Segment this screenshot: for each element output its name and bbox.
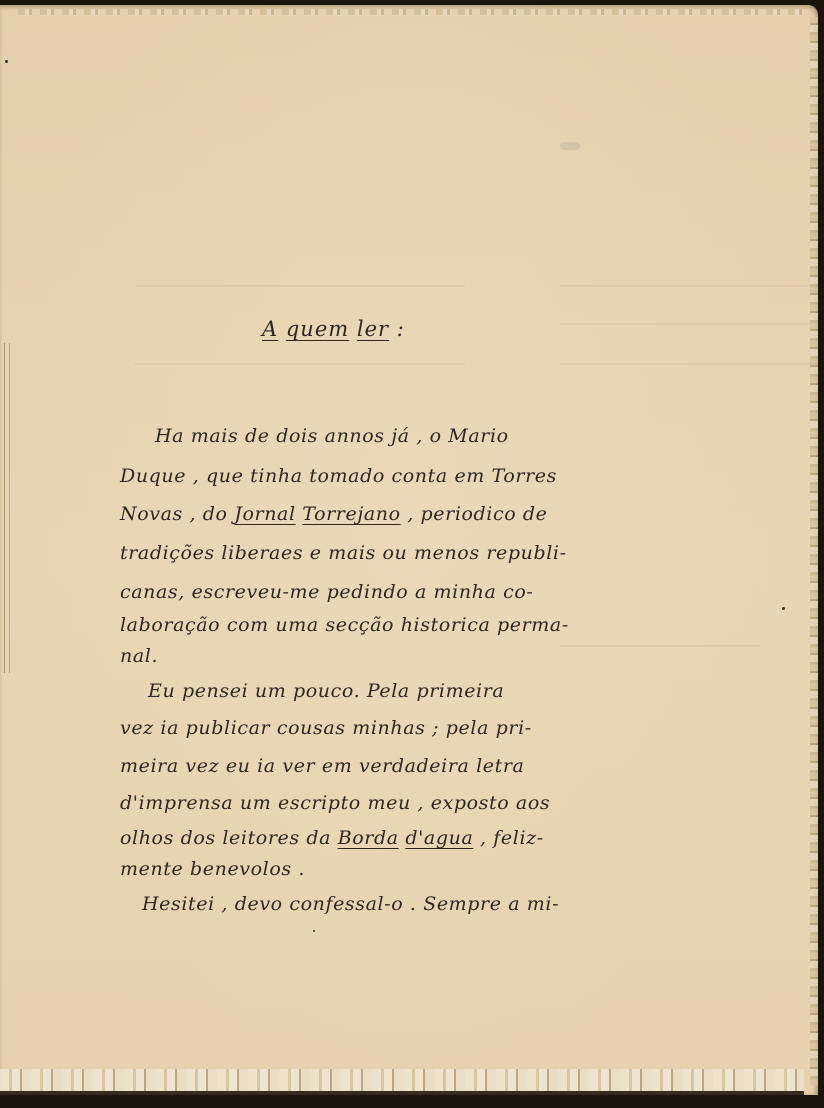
line-text: mente benevolos .: [120, 858, 305, 880]
line-text: , feliz-: [473, 827, 543, 849]
text-line: mente benevolos .: [120, 858, 305, 880]
heading-word: quem: [286, 317, 349, 341]
line-text: Eu pensei um pouco. Pela primeira: [148, 680, 504, 702]
newspaper-title-underlined: d'agua: [405, 827, 473, 849]
line-text: tradições liberaes e mais ou menos repub…: [120, 542, 567, 564]
line-text: Ha mais de dois annos já , o Mario: [155, 425, 509, 447]
manuscript-page: A quem ler : Ha mais de dois annos já , …: [0, 5, 818, 1095]
scanned-page-viewer: A quem ler : Ha mais de dois annos já , …: [0, 0, 824, 1108]
manuscript-text: A quem ler : Ha mais de dois annos já , …: [0, 5, 818, 1095]
line-text: nal.: [120, 645, 158, 667]
heading-word: A: [262, 317, 278, 341]
text-line: Duque , que tinha tomado conta em Torres: [120, 465, 557, 487]
text-line: laboração com uma secção historica perma…: [120, 614, 569, 636]
line-text: Novas , do: [120, 503, 234, 525]
text-line: Hesitei , devo confessal-o . Sempre a mi…: [142, 893, 559, 915]
text-line: Novas , do Jornal Torrejano , periodico …: [120, 503, 548, 525]
newspaper-title-underlined: Jornal: [234, 503, 295, 525]
heading-colon: :: [397, 317, 405, 341]
text-line: Ha mais de dois annos já , o Mario: [155, 425, 509, 447]
line-text: olhos dos leitores da: [120, 827, 338, 849]
line-text: laboração com uma secção historica perma…: [120, 614, 569, 636]
line-text: Hesitei , devo confessal-o . Sempre a mi…: [142, 893, 559, 915]
text-line: canas, escreveu-me pedindo a minha co-: [120, 581, 533, 603]
newspaper-title-underlined: Borda: [338, 827, 399, 849]
text-line: d'imprensa um escripto meu , exposto aos: [120, 792, 550, 814]
line-text: canas, escreveu-me pedindo a minha co-: [120, 581, 533, 603]
text-line: tradições liberaes e mais ou menos repub…: [120, 542, 567, 564]
text-line: meira vez eu ia ver em verdadeira letra: [120, 755, 524, 777]
text-line: nal.: [120, 645, 158, 667]
heading-word: ler: [357, 317, 389, 341]
line-text: vez ia publicar cousas minhas ; pela pri…: [120, 717, 532, 739]
line-text: d'imprensa um escripto meu , exposto aos: [120, 792, 550, 814]
text-line: olhos dos leitores da Borda d'agua , fel…: [120, 827, 544, 849]
line-text: meira vez eu ia ver em verdadeira letra: [120, 755, 524, 777]
line-text: , periodico de: [401, 503, 548, 525]
newspaper-title-underlined: Torrejano: [302, 503, 400, 525]
text-line: vez ia publicar cousas minhas ; pela pri…: [120, 717, 532, 739]
page-heading: A quem ler :: [262, 317, 405, 341]
text-line: Eu pensei um pouco. Pela primeira: [148, 680, 504, 702]
line-text: Duque , que tinha tomado conta em Torres: [120, 465, 557, 487]
